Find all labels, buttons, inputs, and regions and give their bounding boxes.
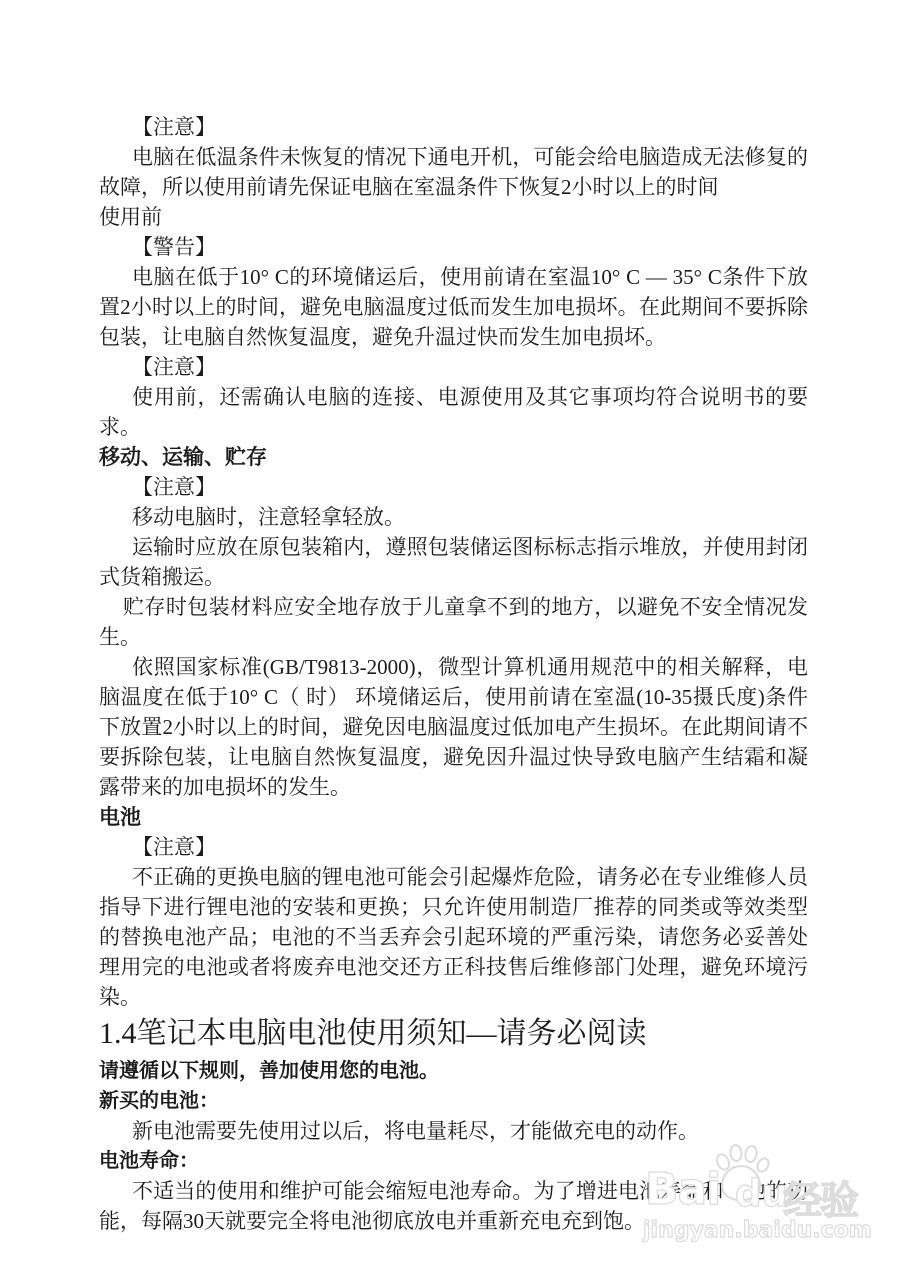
manual-page: 【注意】 电脑在低温条件未恢复的情况下通电开机，可能会给电脑造成无法修复的故障，… <box>99 112 808 1236</box>
para-check-connections: 使用前，还需确认电脑的连接、电源使用及其它事项均符合说明书的要求。 <box>99 382 808 442</box>
para-new-battery: 新电池需要先使用过以后，将电量耗尽，才能做充电的动作。 <box>99 1116 808 1146</box>
para-storage-temperature: 电脑在低于10° C的环境储运后，使用前请在室温10° C — 35° C条件下… <box>99 262 808 352</box>
para-lithium-battery: 不正确的更换电脑的锂电池可能会引起爆炸危险，请务必在专业维修人员指导下进行锂电池… <box>99 862 808 1012</box>
heading-before-use: 使用前 <box>99 202 808 232</box>
notice-label-4: 【注意】 <box>99 832 808 862</box>
heading-move-transport-storage: 移动、运输、贮存 <box>99 442 808 472</box>
section-title-battery-notice: 1.4笔记本电脑电池使用须知—请务必阅读 <box>99 1012 808 1056</box>
lead-follow-rules: 请遵循以下规则，善加使用您的电池。 <box>99 1056 808 1086</box>
para-national-standard: 依照国家标准(GB/T9813-2000)，微型计算机通用规范中的相关解释，电脑… <box>99 652 808 802</box>
para-handle-gently: 移动电脑时，注意轻拿轻放。 <box>99 502 808 532</box>
heading-battery: 电池 <box>99 802 808 832</box>
subheading-new-battery: 新买的电池： <box>99 1086 808 1116</box>
para-battery-life: 不适当的使用和维护可能会缩短电池寿命。为了增进电池寿命和电池的功能，每隔30天就… <box>99 1176 808 1236</box>
para-storage-materials: 贮存时包装材料应安全地存放于儿童拿不到的地方，以避免不安全情况发生。 <box>99 592 808 652</box>
para-low-temp-power-on: 电脑在低温条件未恢复的情况下通电开机，可能会给电脑造成无法修复的故障，所以使用前… <box>99 142 808 202</box>
notice-label-3: 【注意】 <box>99 472 808 502</box>
subheading-battery-life: 电池寿命： <box>99 1146 808 1176</box>
notice-label-2: 【注意】 <box>99 352 808 382</box>
para-transport-packaging: 运输时应放在原包装箱内，遵照包装储运图标标志指示堆放，并使用封闭式货箱搬运。 <box>99 532 808 592</box>
warning-label: 【警告】 <box>99 232 808 262</box>
notice-label-1: 【注意】 <box>99 112 808 142</box>
